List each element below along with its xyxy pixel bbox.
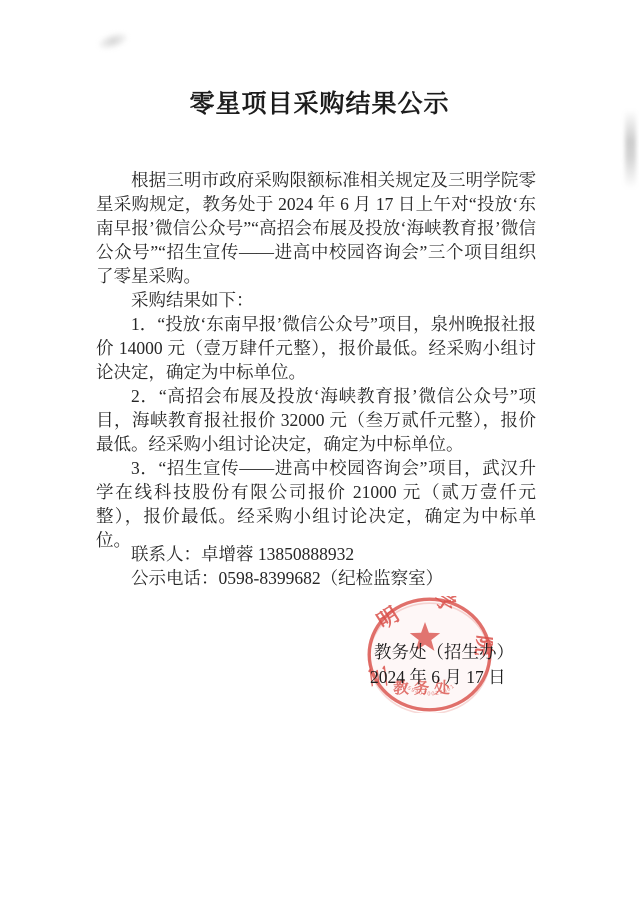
- contact-block: 联系人：卓增蓉 13850888932 公示电话：0598-8399682（纪检…: [96, 542, 536, 590]
- paragraph-result-item-3: 3．“招生宣传——进高中校园咨询会”项目，武汉升学在线科技股份有限公司报价 21…: [96, 456, 536, 552]
- scan-streak-artifact: [625, 110, 636, 188]
- signature-department: 教务处（招生办）: [374, 640, 514, 664]
- contact-phone-line: 公示电话：0598-8399682（纪检监察室）: [96, 566, 536, 590]
- document-body: 根据三明市政府采购限额标准相关规定及三明学院零星采购规定，教务处于 2024 年…: [96, 168, 536, 552]
- paragraph-intro: 根据三明市政府采购限额标准相关规定及三明学院零星采购规定，教务处于 2024 年…: [96, 168, 536, 288]
- document-page: 零星项目采购结果公示 根据三明市政府采购限额标准相关规定及三明学院零星采购规定，…: [0, 0, 639, 905]
- contact-person-line: 联系人：卓增蓉 13850888932: [96, 542, 536, 566]
- signature-date: 2024 年 6 月 17 日: [370, 665, 506, 689]
- paragraph-result-item-2: 2．“高招会布展及投放‘海峡教育报’微信公众号”项目，海峡教育报社报价 3200…: [96, 384, 536, 456]
- paragraph-result-item-1: 1．“投放‘东南早报’微信公众号”项目，泉州晚报社报价 14000 元（壹万肆仟…: [96, 312, 536, 384]
- document-title: 零星项目采购结果公示: [0, 84, 639, 120]
- paragraph-results-heading: 采购结果如下：: [96, 288, 536, 312]
- scan-smudge-artifact: [97, 30, 130, 53]
